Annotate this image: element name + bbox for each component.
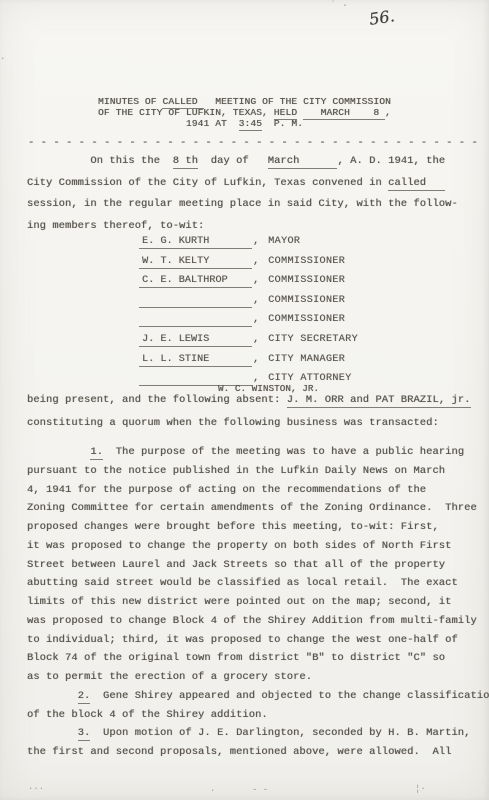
text-run: [27, 727, 78, 739]
opening-paragraph: On this the 8 th day of March , A. D. 19…: [27, 151, 458, 237]
official-title: COMMISSIONER: [268, 295, 345, 306]
text-run: 1941 AT: [186, 118, 239, 129]
text-line: Zoning Committee for certain amendments …: [27, 499, 489, 518]
text-run: [27, 446, 90, 458]
text-line: Street between Laurel and Jack Streets s…: [27, 556, 489, 575]
scan-artifact: ·: [0, 54, 5, 64]
text-line: On this the 8 th day of March , A. D. 19…: [27, 151, 458, 173]
filled-blank: 3:45: [239, 118, 262, 131]
filled-blank: 1.: [90, 446, 103, 460]
text-run: as to permit the erection of a grocery s…: [27, 671, 312, 683]
text-run: proposed changes were brought before thi…: [27, 521, 439, 533]
text-run: it was proposed to change the property o…: [27, 540, 451, 552]
official-name: W. T. KELTY: [139, 256, 252, 269]
text-run: being present, and the following absent:: [27, 394, 287, 406]
text-line: as to permit the erection of a grocery s…: [27, 668, 489, 687]
text-run: City Commission of the City of Lufkin, T…: [27, 177, 388, 189]
official-name: C. E. BALTHROP: [139, 275, 252, 288]
text-run: session, in the regular meeting place in…: [27, 198, 458, 210]
official-title: COMMISSIONER: [268, 275, 345, 286]
roster-row: ,COMMISSIONER: [139, 314, 358, 334]
filled-blank: March: [268, 155, 338, 169]
roster-row: C. E. BALTHROP,COMMISSIONER: [139, 275, 358, 295]
text-line: ing members thereof, to-wit:: [27, 216, 458, 238]
scan-artifact: ·: [210, 786, 215, 796]
text-run: ,: [253, 334, 259, 345]
text-line: was proposed to change Block 4 of the Sh…: [27, 612, 489, 631]
text-run: MEETING OF THE CITY COMMISSION: [204, 96, 391, 107]
text-line: to individual; third, it was proposed to…: [27, 631, 489, 650]
scan-artifact: ˙ ·: [330, 1, 348, 12]
roster-row: L. L. STINE,CITY MANAGER: [139, 354, 358, 374]
dashed-divider: - - - - - - - - - - - - - - - - - - - - …: [28, 137, 478, 149]
text-run: of the block 4 of the Shirey addition.: [27, 709, 268, 721]
text-run: ,: [253, 354, 259, 365]
roster-row: W. T. KELTY,COMMISSIONER: [139, 256, 358, 276]
text-run: Gene Shirey appeared and objected to the…: [90, 690, 489, 702]
minutes-body: 1. The purpose of the meeting was to hav…: [27, 443, 489, 762]
filled-blank: MARCH 8: [303, 107, 385, 120]
text-line: session, in the regular meeting place in…: [27, 194, 458, 216]
text-run: the first and second proposals, mentione…: [27, 746, 451, 758]
text-run: MINUTES OF: [98, 96, 162, 107]
text-line: pursuant to the notice published in the …: [27, 462, 489, 481]
text-run: Zoning Committee for certain amendments …: [27, 502, 477, 514]
text-run: limits of this new district were pointed…: [27, 596, 451, 608]
official-name: E. G. KURTH: [139, 236, 252, 249]
text-line: the first and second proposals, mentione…: [27, 743, 489, 762]
quorum-line: constituting a quorum when the following…: [27, 417, 439, 429]
official-name: L. L. STINE: [139, 354, 252, 367]
official-title: CITY MANAGER: [268, 354, 345, 365]
document-title: MINUTES OF CALLED MEETING OF THE CITY CO…: [0, 96, 489, 130]
text-run: ,: [253, 275, 259, 286]
text-line: proposed changes were brought before thi…: [27, 518, 489, 537]
text-line: 3. Upon motion of J. E. Darlington, seco…: [27, 724, 489, 743]
text-run: P. M.: [262, 118, 303, 129]
scanned-minutes-page: 56. ˙ · MINUTES OF CALLED MEETING OF THE…: [0, 0, 489, 800]
text-run: [27, 690, 78, 702]
scan-artifact: ···: [28, 784, 44, 794]
text-run: was proposed to change Block 4 of the Sh…: [27, 615, 477, 627]
text-line: 4, 1941 for the purpose of acting on the…: [27, 481, 489, 500]
text-line: it was proposed to change the property o…: [27, 537, 489, 556]
scan-artifact: ¦·: [415, 784, 426, 794]
text-run: Upon motion of J. E. Darlington, seconde…: [90, 727, 470, 739]
text-run: , A. D. 1941, the: [337, 155, 445, 167]
text-run: On this the: [27, 155, 173, 167]
text-run: The purpose of the meeting was to have a…: [103, 446, 464, 458]
official-name: [139, 314, 252, 327]
official-title: MAYOR: [268, 236, 300, 247]
official-title: CITY SECRETARY: [268, 334, 358, 345]
text-run: 4, 1941 for the purpose of acting on the…: [27, 484, 426, 496]
text-line: OF THE CITY OF LUFKIN, TEXAS, HELD MARCH…: [0, 107, 489, 118]
text-line: 1941 AT 3:45 P. M.: [0, 118, 489, 129]
filled-blank: called: [388, 177, 445, 191]
text-run: ,: [253, 295, 259, 306]
text-line: 1. The purpose of the meeting was to hav…: [27, 443, 489, 462]
text-run: to individual; third, it was proposed to…: [27, 634, 458, 646]
text-run: Block 74 of the original town from distr…: [27, 652, 445, 664]
officials-roster: E. G. KURTH,MAYORW. T. KELTY,COMMISSIONE…: [139, 236, 358, 393]
official-title: COMMISSIONER: [268, 314, 345, 325]
roster-row: J. E. LEWIS,CITY SECRETARY: [139, 334, 358, 354]
attendance-line: being present, and the following absent:…: [27, 394, 471, 406]
text-run: day of: [198, 155, 268, 167]
text-run: ,: [253, 236, 259, 247]
text-line: of the block 4 of the Shirey addition.: [27, 706, 489, 725]
filled-blank: J. M. ORR and PAT BRAZIL, jr.: [287, 394, 471, 408]
text-run: ,: [253, 256, 259, 267]
inserted-absent-name: W. C. WINSTON, JR.: [218, 383, 319, 394]
text-line: being present, and the following absent:…: [27, 394, 471, 406]
text-run: ,: [385, 107, 391, 118]
filled-blank: 8 th: [173, 155, 198, 169]
text-line: City Commission of the City of Lufkin, T…: [27, 173, 458, 195]
filled-blank: 2.: [78, 690, 91, 704]
text-run: pursuant to the notice published in the …: [27, 465, 445, 477]
handwritten-page-number: 56.: [368, 6, 396, 29]
official-name: [139, 295, 252, 308]
text-line: abutting said street would be classified…: [27, 574, 489, 593]
text-run: Street between Laurel and Jack Streets s…: [27, 559, 445, 571]
text-run: ing members thereof, to-wit:: [27, 220, 204, 232]
roster-row: ,COMMISSIONER: [139, 295, 358, 315]
text-run: ,: [253, 314, 259, 325]
filled-blank: 3.: [78, 727, 91, 741]
text-line: Block 74 of the original town from distr…: [27, 649, 489, 668]
official-title: COMMISSIONER: [268, 256, 345, 267]
text-line: MINUTES OF CALLED MEETING OF THE CITY CO…: [0, 96, 489, 107]
roster-row: E. G. KURTH,MAYOR: [139, 236, 358, 256]
text-line: limits of this new district were pointed…: [27, 593, 489, 612]
text-line: 2. Gene Shirey appeared and objected to …: [27, 687, 489, 706]
text-run: abutting said street would be classified…: [27, 577, 458, 589]
official-name: J. E. LEWIS: [139, 334, 252, 347]
scan-artifact: - -: [252, 785, 268, 795]
text-run: OF THE CITY OF LUFKIN, TEXAS,: [98, 107, 274, 118]
